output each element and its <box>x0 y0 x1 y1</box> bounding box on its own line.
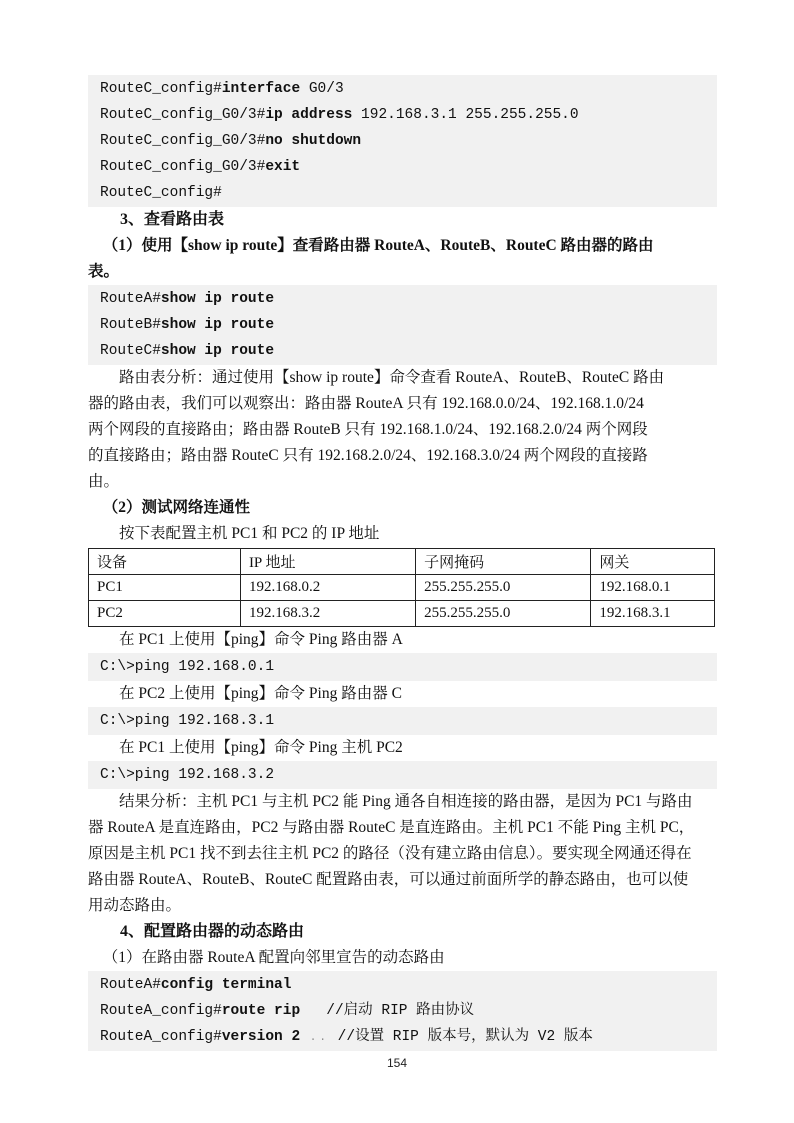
paragraph-table-intro: 按下表配置主机 PC1 和 PC2 的 IP 地址 <box>88 521 717 547</box>
code-command-bold: interface <box>222 81 300 97</box>
code-text: .. <box>300 1032 329 1044</box>
code-line: C:\>ping 192.168.0.1 <box>100 654 713 680</box>
page-content: RouteC_config#interface G0/3RouteC_confi… <box>88 75 717 1051</box>
heading-test-connectivity: （2）测试网络连通性 <box>88 495 717 521</box>
code-line-ping-router-c: C:\>ping 192.168.3.1 <box>88 707 717 735</box>
code-command-bold: config terminal <box>161 977 292 993</box>
code-text: RouteB# <box>100 317 161 333</box>
code-line: RouteA_config#route rip //启动 RIP 路由协议 <box>100 998 713 1024</box>
code-text: C:\>ping 192.168.0.1 <box>100 659 274 675</box>
document-page: RouteC_config#interface G0/3RouteC_confi… <box>0 0 794 1123</box>
code-command-bold: version 2 <box>222 1029 300 1045</box>
table-cell: 192.168.3.1 <box>591 601 715 627</box>
table-cell: 192.168.3.2 <box>240 601 415 627</box>
code-text: RouteC_config_G0/3# <box>100 133 265 149</box>
table-cell: 255.255.255.0 <box>416 601 591 627</box>
heading-routea-rip-instruction: （1）在路由器 RouteA 配置向邻里宣告的动态路由 <box>88 945 717 971</box>
code-line-ping-host-pc2: C:\>ping 192.168.3.2 <box>88 761 717 789</box>
table-cell: PC2 <box>89 601 241 627</box>
table-header-cell: 网关 <box>591 549 715 575</box>
code-text: RouteA# <box>100 977 161 993</box>
code-text: G0/3 <box>300 81 344 97</box>
code-command-bold: no shutdown <box>265 133 361 149</box>
code-command-bold: show ip route <box>161 317 274 333</box>
table-row: PC1192.168.0.2255.255.255.0192.168.0.1 <box>89 575 715 601</box>
paragraph-routing-table-analysis: 路由表分析：通过使用【show ip route】命令查看 RouteA、Rou… <box>88 365 717 495</box>
code-text: 192.168.3.1 255.255.255.0 <box>352 107 578 123</box>
code-command-bold: route rip <box>222 1003 300 1019</box>
code-line: RouteC_config_G0/3#no shutdown <box>100 128 713 154</box>
code-line-ping-router-a: C:\>ping 192.168.0.1 <box>88 653 717 681</box>
code-line: RouteA#config terminal <box>100 972 713 998</box>
table-header-row: 设备IP 地址子网掩码网关 <box>89 549 715 575</box>
paragraph-result-analysis: 结果分析：主机 PC1 与主机 PC2 能 Ping 通各自相连接的路由器，是因… <box>88 789 717 919</box>
table-cell: PC1 <box>89 575 241 601</box>
code-text: C:\>ping 192.168.3.1 <box>100 713 274 729</box>
code-text: //设置 RIP 版本号，默认为 V2 版本 <box>329 1029 593 1045</box>
code-text: RouteA_config# <box>100 1003 222 1019</box>
heading-show-ip-route-instruction: （1）使用【show ip route】查看路由器 RouteA、RouteB、… <box>88 233 717 285</box>
table-cell: 255.255.255.0 <box>416 575 591 601</box>
code-line: C:\>ping 192.168.3.2 <box>100 762 713 788</box>
code-command-bold: exit <box>265 159 300 175</box>
heading-view-routing-table: 3、查看路由表 <box>88 207 717 233</box>
table-header-cell: 子网掩码 <box>416 549 591 575</box>
code-line: RouteC_config#interface G0/3 <box>100 76 713 102</box>
code-line: RouteC#show ip route <box>100 338 713 364</box>
code-block-show-ip-route: RouteA#show ip routeRouteB#show ip route… <box>88 285 717 365</box>
code-line: RouteA#show ip route <box>100 286 713 312</box>
code-text: C:\>ping 192.168.3.2 <box>100 767 274 783</box>
code-line: RouteC_config_G0/3#ip address 192.168.3.… <box>100 102 713 128</box>
code-text: RouteA_config# <box>100 1029 222 1045</box>
page-number: 154 <box>0 1056 794 1070</box>
code-text: RouteC_config# <box>100 185 222 201</box>
table-header-cell: IP 地址 <box>240 549 415 575</box>
code-text: RouteA# <box>100 291 161 307</box>
table-cell: 192.168.0.2 <box>240 575 415 601</box>
code-command-bold: ip address <box>265 107 352 123</box>
code-text: RouteC_config_G0/3# <box>100 107 265 123</box>
code-block-routea-rip-config: RouteA#config terminalRouteA_config#rout… <box>88 971 717 1051</box>
caption-ping-host-pc2: 在 PC1 上使用【ping】命令 Ping 主机 PC2 <box>88 735 717 761</box>
ip-config-table: 设备IP 地址子网掩码网关PC1192.168.0.2255.255.255.0… <box>88 548 715 627</box>
code-command-bold: show ip route <box>161 291 274 307</box>
table-row: PC2192.168.3.2255.255.255.0192.168.3.1 <box>89 601 715 627</box>
heading-configure-dynamic-routing: 4、配置路由器的动态路由 <box>88 919 717 945</box>
code-text: RouteC_config# <box>100 81 222 97</box>
code-line: RouteC_config# <box>100 180 713 206</box>
code-block-routec-interface-config: RouteC_config#interface G0/3RouteC_confi… <box>88 75 717 207</box>
code-line: RouteA_config#version 2 .. //设置 RIP 版本号，… <box>100 1024 713 1050</box>
caption-ping-router-a: 在 PC1 上使用【ping】命令 Ping 路由器 A <box>88 627 717 653</box>
caption-ping-router-c: 在 PC2 上使用【ping】命令 Ping 路由器 C <box>88 681 717 707</box>
code-line: C:\>ping 192.168.3.1 <box>100 708 713 734</box>
table-cell: 192.168.0.1 <box>591 575 715 601</box>
code-line: RouteC_config_G0/3#exit <box>100 154 713 180</box>
code-text: RouteC# <box>100 343 161 359</box>
code-text: RouteC_config_G0/3# <box>100 159 265 175</box>
code-line: RouteB#show ip route <box>100 312 713 338</box>
table-header-cell: 设备 <box>89 549 241 575</box>
code-command-bold: show ip route <box>161 343 274 359</box>
code-text: //启动 RIP 路由协议 <box>300 1003 474 1019</box>
